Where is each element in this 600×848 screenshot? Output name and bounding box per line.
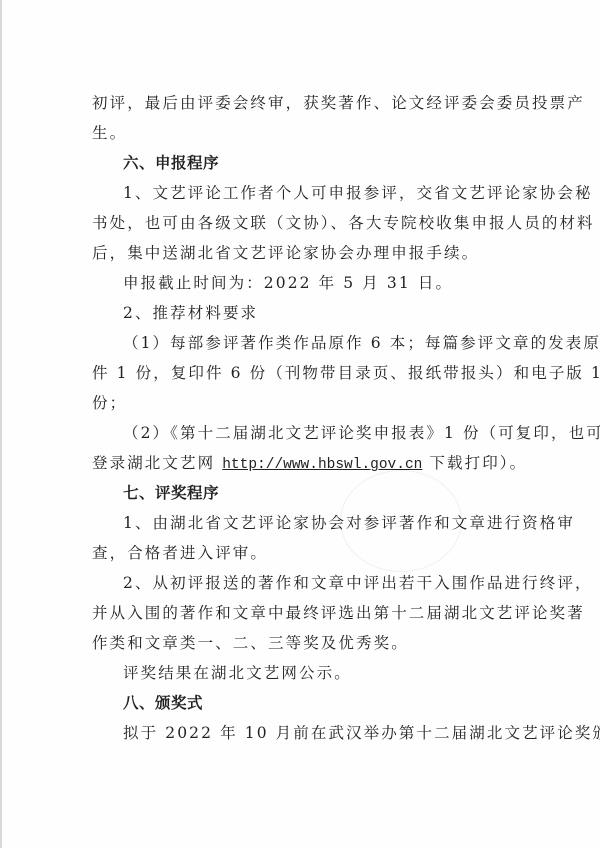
body-line: （1）每部参评著作类作品原作 6 本；每篇参评文章的发表原 bbox=[92, 328, 520, 358]
body-line: 查，合格者进入评审。 bbox=[92, 538, 520, 568]
document-body: 初评，最后由评委会终审，获奖著作、论文经评委会委员投票产 生。 六、申报程序 1… bbox=[92, 88, 520, 748]
section-heading-8: 八、颁奖式 bbox=[92, 688, 520, 718]
body-line: 书处，也可由各级文联（文协）、各大专院校收集申报人员的材料 bbox=[92, 208, 520, 238]
body-line: 2、推荐材料要求 bbox=[92, 298, 520, 328]
body-line: 件 1 份，复印件 6 份（刊物带目录页、报纸带报头）和电子版 1 bbox=[92, 358, 520, 388]
document-page: 初评，最后由评委会终审，获奖著作、论文经评委会委员投票产 生。 六、申报程序 1… bbox=[0, 0, 600, 848]
body-line: 拟于 2022 年 10 月前在武汉举办第十二届湖北文艺评论奖颁 bbox=[92, 718, 520, 748]
body-line: 并从入围的著作和文章中最终评选出第十二届湖北文艺评论奖著 bbox=[92, 598, 520, 628]
body-line: 初评，最后由评委会终审，获奖著作、论文经评委会委员投票产 bbox=[92, 88, 520, 118]
body-line: 1、文艺评论工作者个人可申报参评，交省文艺评论家协会秘 bbox=[92, 178, 520, 208]
link-line: 登录湖北文艺网 http://www.hbswl.gov.cn 下载打印）。 bbox=[92, 448, 520, 478]
body-line: （2）《第十二届湖北文艺评论奖申报表》1 份（可复印，也可 bbox=[92, 418, 520, 448]
website-link[interactable]: http://www.hbswl.gov.cn bbox=[222, 457, 422, 473]
deadline-line: 申报截止时间为：2022 年 5 月 31 日。 bbox=[92, 268, 520, 298]
section-heading-6: 六、申报程序 bbox=[92, 148, 520, 178]
section-heading-7: 七、评奖程序 bbox=[92, 478, 520, 508]
body-line: 份； bbox=[92, 388, 520, 418]
body-line: 作类和文章类一、二、三等奖及优秀奖。 bbox=[92, 628, 520, 658]
link-line-before: 登录湖北文艺网 bbox=[92, 454, 222, 472]
link-line-after: 下载打印）。 bbox=[422, 454, 527, 472]
scan-edge bbox=[0, 0, 2, 848]
body-line: 后，集中送湖北省文艺评论家协会办理申报手续。 bbox=[92, 238, 520, 268]
body-line: 1、由湖北省文艺评论家协会对参评著作和文章进行资格审 bbox=[92, 508, 520, 538]
body-line: 生。 bbox=[92, 118, 520, 148]
body-line: 评奖结果在湖北文艺网公示。 bbox=[92, 658, 520, 688]
body-line: 2、从初评报送的著作和文章中评出若干入围作品进行终评， bbox=[92, 568, 520, 598]
